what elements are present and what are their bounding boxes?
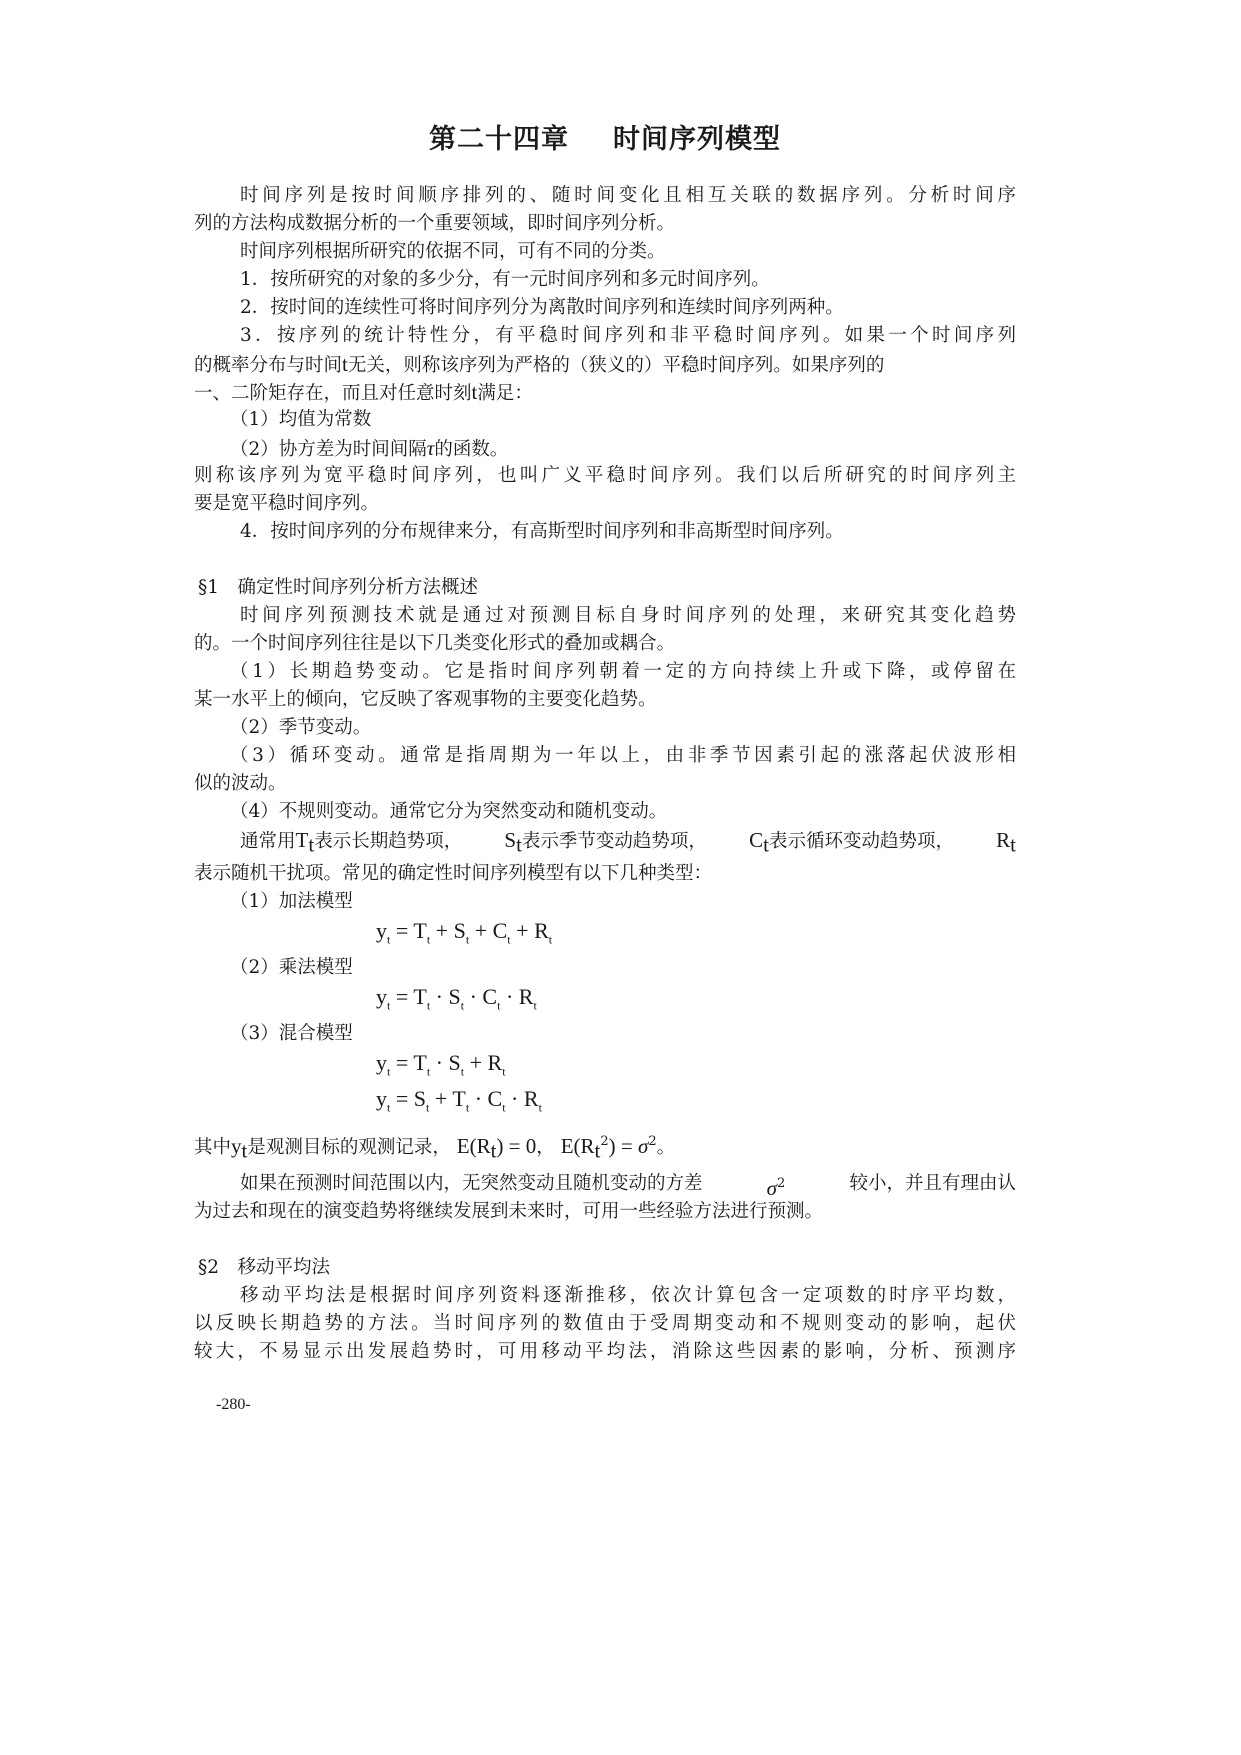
condition-1: （1）均值为常数 (230, 406, 371, 434)
formula-additive: yt = Tt + St + Ct + Rt (376, 918, 552, 947)
component-2: （2）季节变动。 (230, 714, 371, 742)
section-1-paragraph-1-line-2: 的。一个时间序列往往是以下几类变化形式的叠加或耦合。 (194, 630, 675, 658)
section-2-heading: §2 移动平均法 (198, 1254, 330, 1282)
component-1-line-2: 某一水平上的倾向，它反映了客观事物的主要变化趋势。 (194, 686, 657, 714)
wide-stationary-line-2: 要是宽平稳时间序列。 (194, 490, 379, 518)
model-mixed-label: （3）混合模型 (230, 1020, 353, 1048)
section-2-line-3: 较大，不易显示出发展趋势时，可用移动平均法，消除这些因素的影响，分析、预测序 (194, 1338, 1016, 1366)
where-line: 其中yt是观测目标的观测记录， E(Rt) = 0， E(Rt2) = σ2。 (194, 1128, 675, 1165)
formula-mixed-1: yt = Tt · St + Rt (376, 1050, 506, 1079)
page-number: -280- (216, 1396, 251, 1414)
classification-item-1: 1．按所研究的对象的多少分，有一元时间序列和多元时间序列。 (240, 266, 770, 294)
intro-paragraph-2: 时间序列根据所研究的依据不同，可有不同的分类。 (240, 238, 666, 266)
section-1-heading: §1 确定性时间序列分析方法概述 (198, 574, 478, 602)
intro-paragraph-1-line-1: 时间序列是按时间顺序排列的、随时间变化且相互关联的数据序列。分析时间序 (240, 182, 1016, 210)
model-additive-label: （1）加法模型 (230, 888, 353, 916)
intro-paragraph-1-line-2: 列的方法构成数据分析的一个重要领域，即时间序列分析。 (194, 210, 675, 238)
condition-2: （2）协方差为时间间隔τ的函数。 (230, 434, 508, 464)
model-multiplicative-label: （2）乘法模型 (230, 954, 353, 982)
component-1-line-1: （1）长期趋势变动。它是指时间序列朝着一定的方向持续上升或下降，或停留在 (230, 658, 1016, 686)
classification-item-4: 4．按时间序列的分布规律来分，有高斯型时间序列和非高斯型时间序列。 (240, 518, 844, 546)
component-3-line-1: （3）循环变动。通常是指周期为一年以上，由非季节因素引起的涨落起伏波形相 (230, 742, 1016, 770)
chapter-name: 时间序列模型 (613, 124, 781, 155)
formula-mixed-2: yt = St + Tt · Ct · Rt (376, 1086, 542, 1115)
notation-line-1: 通常用Tt表示长期趋势项， St表示季节变动趋势项， Ct表示循环变动趋势项， … (240, 826, 1016, 859)
forecast-paragraph-line-2: 为过去和现在的演变趋势将继续发展到未来时，可用一些经验方法进行预测。 (194, 1198, 823, 1226)
classification-item-2: 2．按时间的连续性可将时间序列分为离散时间序列和连续时间序列两种。 (240, 294, 844, 322)
classification-item-3-line-3: 一、二阶矩存在，而且对任意时刻t满足： (194, 378, 533, 408)
classification-item-3-line-1: 3．按序列的统计特性分，有平稳时间序列和非平稳时间序列。如果一个时间序列 (240, 322, 1016, 350)
component-4: （4）不规则变动。通常它分为突然变动和随机变动。 (230, 798, 667, 826)
notation-line-2: 表示随机干扰项。常见的确定性时间序列模型有以下几种类型： (194, 860, 712, 888)
chapter-title: 第二十四章时间序列模型 (194, 117, 1016, 156)
chapter-number: 第二十四章 (429, 124, 569, 155)
section-1-paragraph-1-line-1: 时间序列预测技术就是通过对预测目标自身时间序列的处理，来研究其变化趋势 (240, 602, 1016, 630)
section-2-line-2: 以反映长期趋势的方法。当时间序列的数值由于受周期变动和不规则变动的影响，起伏 (194, 1310, 1016, 1338)
wide-stationary-line-1: 则称该序列为宽平稳时间序列，也叫广义平稳时间序列。我们以后所研究的时间序列主 (194, 462, 1016, 490)
classification-item-3-line-2: 的概率分布与时间t无关，则称该序列为严格的（狭义的）平稳时间序列。如果序列的 (194, 350, 884, 380)
formula-multiplicative: yt = Tt · St · Ct · Rt (376, 984, 537, 1013)
component-3-line-2: 似的波动。 (194, 770, 287, 798)
section-2-line-1: 移动平均法是根据时间序列资料逐渐推移，依次计算包含一定项数的时序平均数， (240, 1282, 1016, 1310)
